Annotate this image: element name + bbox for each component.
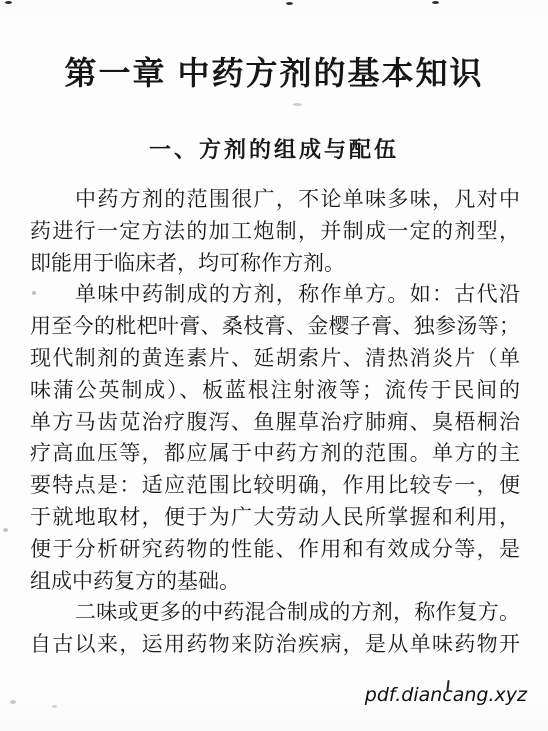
text-line: 组成中药复方的基础。	[30, 566, 520, 598]
text-line: 单方马齿苋治疗腹泻、鱼腥草治疗肺痈、臭梧桐治	[30, 407, 520, 439]
text-line: 疗高血压等，都应属于中药方剂的范围。单方的主	[30, 438, 520, 470]
text-line: 药进行一定方法的加工炮制，并制成一定的剂型，	[30, 216, 520, 248]
text-line: 味蒲公英制成）、板蓝根注射液等；流传于民间的	[30, 375, 520, 407]
paragraph: 中药方剂的范围很广，不论单味多味，凡对中 药进行一定方法的加工炮制，并制成一定的…	[30, 184, 520, 279]
body-text: 中药方剂的范围很广，不论单味多味，凡对中 药进行一定方法的加工炮制，并制成一定的…	[30, 184, 520, 661]
chapter-title: 第一章 中药方剂的基本知识	[0, 48, 548, 94]
text-line: 单味中药制成的方剂，称作单方。如：古代沿	[30, 279, 520, 311]
text-line: 中药方剂的范围很广，不论单味多味，凡对中	[30, 184, 520, 216]
scan-speck	[432, 1, 439, 4]
paragraph: 单味中药制成的方剂，称作单方。如：古代沿 用至今的枇杷叶膏、桑枝膏、金樱子膏、独…	[30, 279, 520, 597]
text-line: 二味或更多的中药混合制成的方剂，称作复方。	[30, 597, 520, 629]
scan-speck	[286, 2, 293, 5]
scan-speck	[52, 705, 57, 708]
text-line: 即能用于临床者，均可称作方剂。	[30, 248, 520, 280]
scan-speck	[5, 1, 12, 4]
text-line: 用至今的枇杷叶膏、桑枝膏、金樱子膏、独参汤等；	[30, 311, 520, 343]
watermark-url: pdf.diancang.xyz	[365, 684, 527, 706]
text-line: 自古以来，运用药物来防治疾病，是从单味药物开	[30, 629, 520, 661]
text-line: 要特点是：适应范围比较明确，作用比较专一，便	[30, 470, 520, 502]
scan-speck	[293, 103, 302, 106]
section-heading: 一、方剂的组成与配伍	[0, 133, 548, 164]
scan-speck	[3, 528, 8, 532]
scan-speck	[10, 700, 16, 704]
text-line: 现代制剂的黄连素片、延胡索片、清热消炎片（单	[30, 343, 520, 375]
paragraph: 二味或更多的中药混合制成的方剂，称作复方。 自古以来，运用药物来防治疾病，是从单…	[30, 597, 520, 661]
text-line: 便于分析研究药物的性能、作用和有效成分等，是	[30, 534, 520, 566]
scanned-book-page: 第一章 中药方剂的基本知识 一、方剂的组成与配伍 中药方剂的范围很广，不论单味多…	[0, 0, 548, 731]
text-line: 于就地取材，便于为广大劳动人民所掌握和利用，	[30, 502, 520, 534]
